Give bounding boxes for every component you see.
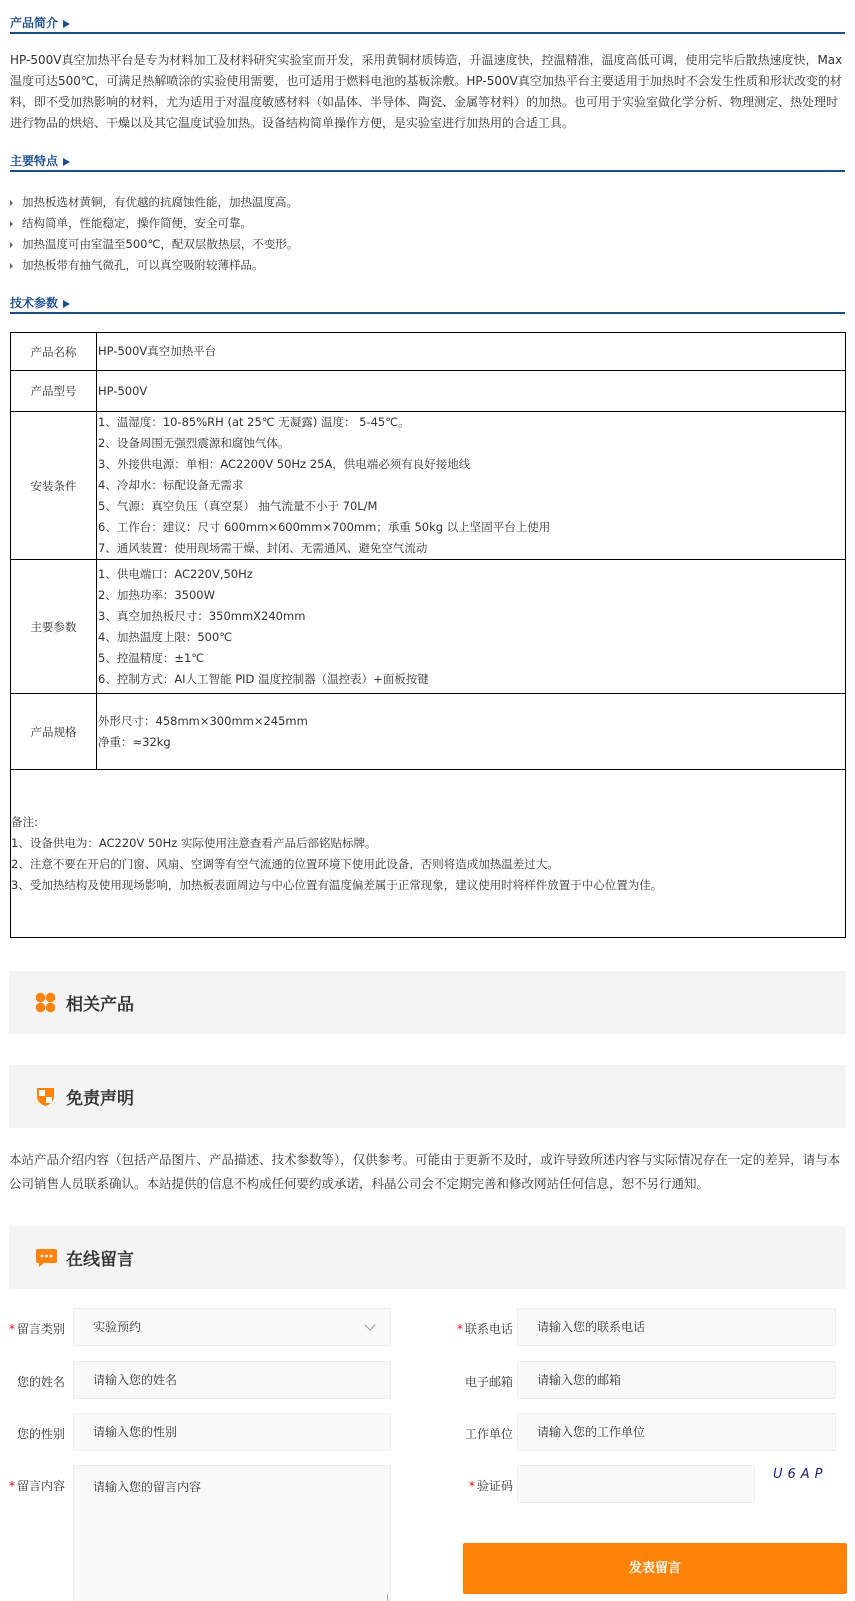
content-placeholder: 请输入您的留言内容 [93,1480,201,1494]
table-row: 安装条件 1、温湿度：10-85%RH (at 25℃ 无凝露) 温度： 5-4… [11,412,846,560]
features-list: 加热板选材黄铜，有优越的抗腐蚀性能，加热温度高。 结构简单，性能稳定，操作简便，… [10,192,810,276]
spec-line: 1、供电端口：AC220V,50Hz [98,564,845,585]
table-row: 产品名称 HP-500V真空加热平台 [11,333,846,371]
category-select[interactable]: 实验预约 [73,1308,391,1346]
spec-line: 4、加热温度上限：500℃ [98,627,845,648]
spec-key: 主要参数 [11,560,97,694]
disclaimer-text: 本站产品介绍内容（包括产品图片、产品描述、技术参数等），仅供参考。可能由于更新不… [9,1148,847,1196]
spec-line: 外形尺寸：458mm×300mm×245mm [98,711,845,732]
spec-table: 产品名称 HP-500V真空加热平台 产品型号 HP-500V 安装条件 1、温… [10,332,846,938]
captcha-input[interactable] [517,1465,755,1503]
phone-label: *联系电话 [451,1320,513,1337]
message-header: 在线留言 [9,1226,846,1289]
spec-value: HP-500V真空加热平台 [97,333,846,371]
table-row: 产品规格 外形尺寸：458mm×300mm×245mm 净重：≈32kg [11,694,846,770]
note-line: 备注: [11,812,845,833]
spec-line: 5、气源：真空负压（真空泵） 抽气流量不小于 70L/M [98,496,845,517]
note-line: 1、设备供电为：AC220V 50Hz 实际使用注意查看产品后部铭贴标牌。 [11,833,845,854]
table-row: 主要参数 1、供电端口：AC220V,50Hz 2、加热功率：3500W 3、真… [11,560,846,694]
gender-label: 您的性别 [3,1425,65,1442]
clover-icon [35,992,56,1013]
note-line: 3、受加热结构及使用现场影响，加热板表面周边与中心位置有温度偏差属于正常现象，建… [11,875,845,896]
captcha-image[interactable]: U6AP [773,1467,828,1482]
note-line: 2、注意不要在开启的门窗、风扇、空调等有空气流通的位置环境下使用此设备，否则将造… [11,854,845,875]
spec-line: 3、真空加热板尺寸：350mmX240mm [98,606,845,627]
content-textarea[interactable]: 请输入您的留言内容 [73,1465,391,1601]
spec-line: 2、加热功率：3500W [98,585,845,606]
list-item: 加热温度可由室温至500℃，配双层散热层，不变形。 [10,234,810,255]
content-label: *留言内容 [3,1477,65,1494]
submit-message-button[interactable]: 发表留言 [463,1543,847,1594]
section-title: 相关产品 [66,990,134,1015]
name-input[interactable]: 请输入您的姓名 [73,1361,391,1399]
spec-key: 安装条件 [11,412,97,560]
section-title: 产品简介 [10,16,58,30]
spec-line: 2、设备周围无强烈震源和腐蚀气体。 [98,433,845,454]
spec-line: 净重：≈32kg [98,732,845,753]
list-item: 加热板带有抽气微孔，可以真空吸附较薄样品。 [10,255,810,276]
spec-line: 1、温湿度：10-85%RH (at 25℃ 无凝露) 温度： 5-45℃。 [98,412,845,433]
section-header-specs: 技术参数 [10,292,845,314]
spec-line: 3、外接供电源：单相：AC2200V 50Hz 25A，供电端必须有良好接地线 [98,454,845,475]
spec-key: 产品名称 [11,333,97,371]
section-title: 主要特点 [10,154,58,168]
spec-key: 产品规格 [11,694,97,770]
phone-input[interactable]: 请输入您的联系电话 [517,1308,836,1346]
spec-line: 4、冷却水：标配设备无需求 [98,475,845,496]
spec-value: HP-500V [97,371,846,412]
triangle-right-icon [63,300,70,308]
category-label: *留言类别 [3,1320,65,1337]
spec-line: 7、通风装置：使用现场需干燥、封闭、无需通风、避免空气流动 [98,538,845,559]
captcha-label: *验证码 [451,1477,513,1494]
section-title: 在线留言 [66,1245,134,1270]
section-title: 免责声明 [66,1084,134,1109]
shield-icon [35,1086,56,1107]
gender-input[interactable]: 请输入您的性别 [73,1413,391,1451]
table-row: 备注: 1、设备供电为：AC220V 50Hz 实际使用注意查看产品后部铭贴标牌… [11,770,846,938]
email-label: 电子邮箱 [451,1373,513,1390]
spec-value: 1、供电端口：AC220V,50Hz 2、加热功率：3500W 3、真空加热板尺… [97,560,846,694]
spec-value: 1、温湿度：10-85%RH (at 25℃ 无凝露) 温度： 5-45℃。 2… [97,412,846,560]
spec-line: 6、控制方式：AI人工智能 PID 温度控制器（温控表）+面板按键 [98,669,845,690]
section-title: 技术参数 [10,296,58,310]
related-products-header: 相关产品 [9,971,846,1034]
name-label: 您的姓名 [3,1373,65,1390]
section-header-features: 主要特点 [10,150,845,172]
spec-notes: 备注: 1、设备供电为：AC220V 50Hz 实际使用注意查看产品后部铭贴标牌… [11,770,846,938]
list-item: 结构简单，性能稳定，操作简便，安全可靠。 [10,213,810,234]
section-header-intro: 产品简介 [10,12,845,34]
list-item: 加热板选材黄铜，有优越的抗腐蚀性能，加热温度高。 [10,192,810,213]
resize-handle-icon[interactable] [380,1594,388,1601]
disclaimer-header: 免责声明 [9,1065,846,1128]
category-selected-value: 实验预约 [93,1320,141,1334]
triangle-right-icon [63,158,70,166]
spec-line: 5、控温精度：±1℃ [98,648,845,669]
intro-text: HP-500V真空加热平台是专为材料加工及材料研究实验室而开发，采用黄铜材质铸造… [10,50,846,134]
table-row: 产品型号 HP-500V [11,371,846,412]
chat-bubble-icon [35,1247,58,1268]
company-input[interactable]: 请输入您的工作单位 [517,1413,836,1451]
email-input[interactable]: 请输入您的邮箱 [517,1361,836,1399]
spec-line: 6、工作台：建议：尺寸 600mm×600mm×700mm；承重 50kg 以上… [98,517,845,538]
triangle-right-icon [63,20,70,28]
spec-key: 产品型号 [11,371,97,412]
company-label: 工作单位 [451,1425,513,1442]
chevron-down-icon [364,1319,375,1330]
spec-value: 外形尺寸：458mm×300mm×245mm 净重：≈32kg [97,694,846,770]
